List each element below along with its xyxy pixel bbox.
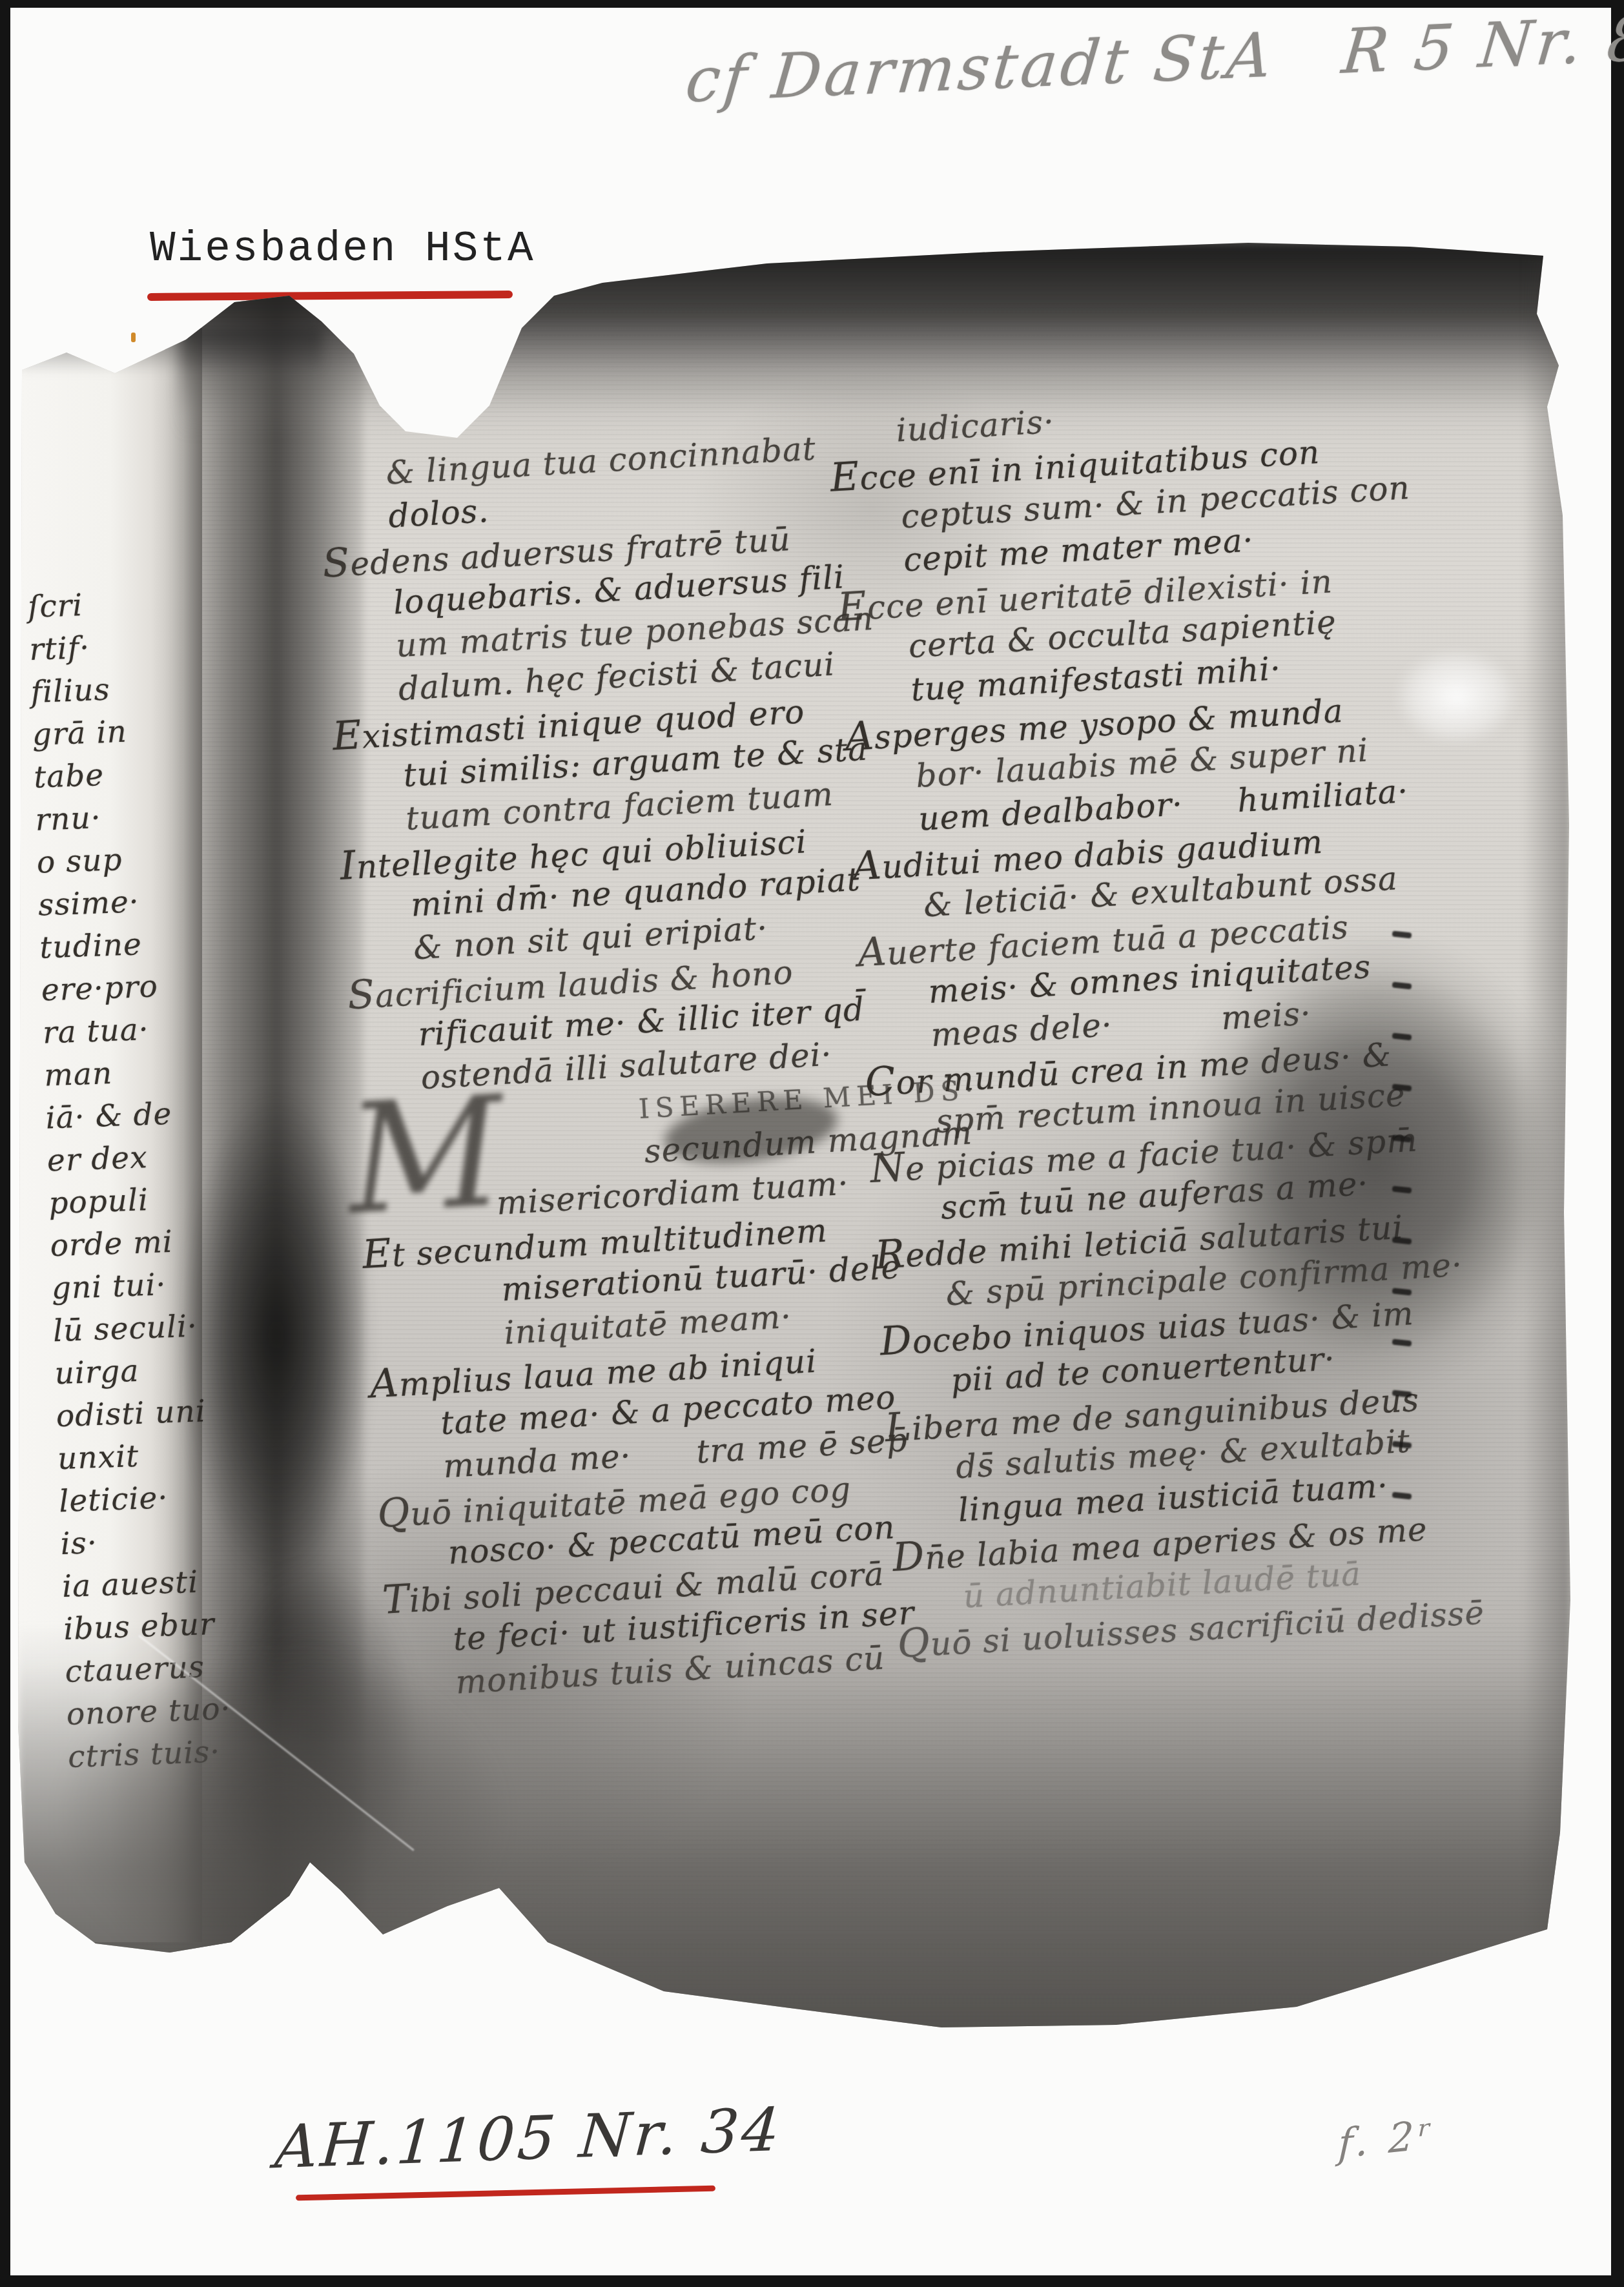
prick-mark	[1392, 1185, 1412, 1193]
prick-mark	[1392, 1492, 1412, 1499]
bright-spot	[1393, 648, 1519, 745]
prick-mark	[1392, 1338, 1412, 1346]
text-column-left: & lingua tua concinnabatdolos.Sedens adu…	[316, 425, 923, 1708]
prick-mark	[1392, 1441, 1412, 1448]
prick-mark	[1392, 1287, 1412, 1295]
prick-mark	[1392, 1134, 1412, 1142]
prick-mark	[1392, 1236, 1412, 1244]
prick-mark	[1392, 981, 1412, 989]
prick-mark	[1392, 1083, 1412, 1091]
manuscript-photo: ſcrirtif·filiusgrā intabernu·o supssime·…	[18, 238, 1570, 2035]
prick-marks	[1392, 932, 1412, 1544]
round-stain	[1167, 928, 1581, 1393]
orange-speck	[131, 333, 136, 342]
archive-label: Wiesbaden HStA	[150, 225, 535, 273]
text-column-left-wrap: M & lingua tua concinnabatdolos.Sedens a…	[316, 425, 923, 1708]
prick-mark	[1392, 1032, 1412, 1040]
gutter-stain	[180, 1090, 373, 1581]
prick-mark	[1392, 1390, 1412, 1397]
initial-m: M	[344, 1076, 508, 1236]
prick-mark	[1392, 930, 1412, 938]
